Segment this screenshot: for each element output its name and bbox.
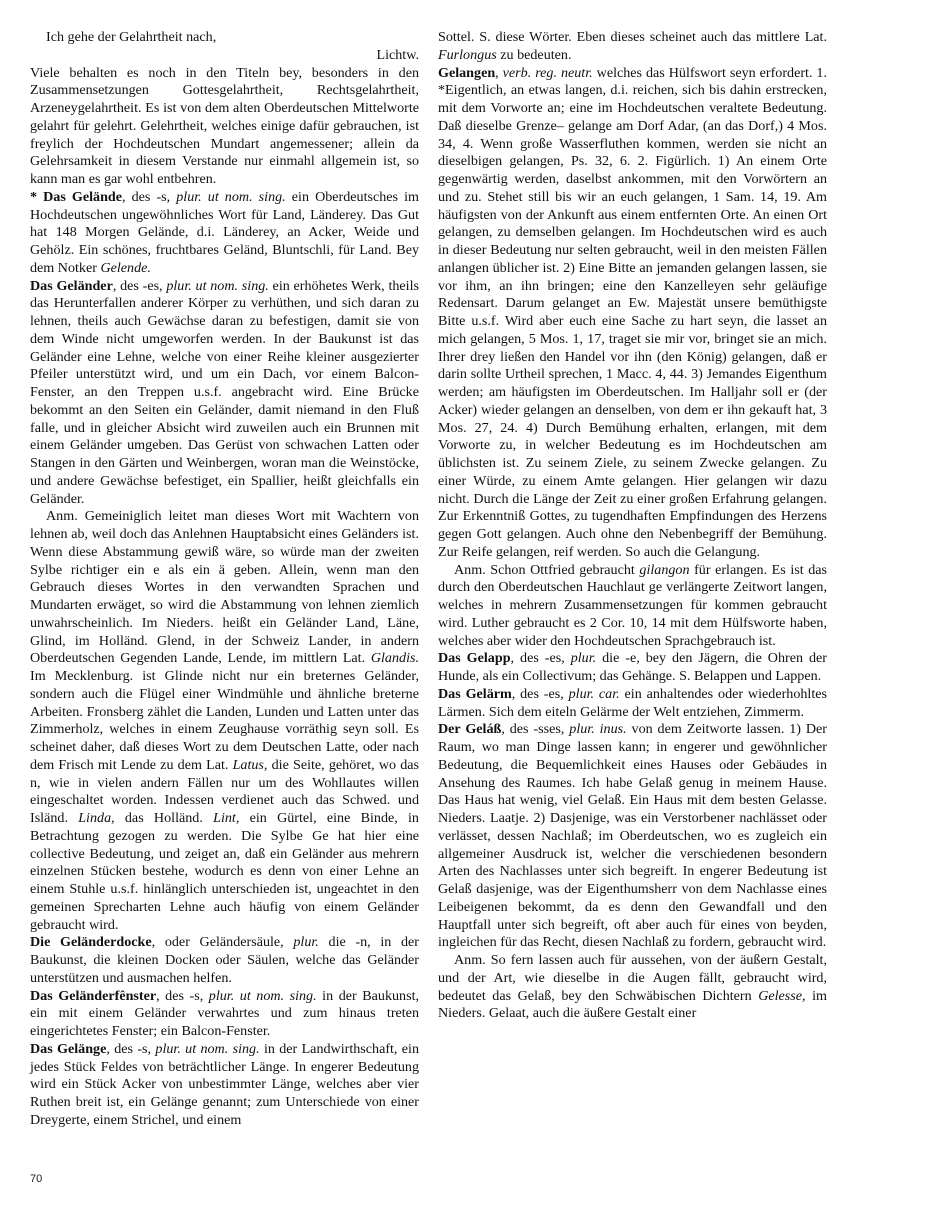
dictionary-entry: Das Geländer, des -es, plur. ut nom. sin…	[30, 278, 419, 509]
italic-term: Glandis.	[371, 650, 419, 666]
dictionary-entry: Die Geländerdocke, oder Geländersäule, p…	[30, 934, 419, 987]
dictionary-entry: Das Gelapp, des -es, plur. die -e, bey d…	[438, 650, 827, 686]
body-text: , des -sses,	[501, 721, 569, 737]
body-text: das Holländ.	[115, 810, 213, 826]
paragraph: Ich gehe der Gelahrtheit nach,	[30, 29, 419, 47]
paragraph: Anm. Gemeiniglich leitet man dieses Wort…	[30, 508, 419, 934]
italic-term: plur. car.	[569, 686, 620, 702]
italic-term: Gelende.	[100, 260, 150, 276]
body-text: Anm. Schon Ottfried gebraucht	[454, 562, 639, 578]
italic-term: verb. reg. neutr.	[503, 65, 593, 81]
headword: * Das Gelände	[30, 189, 122, 205]
headword: Gelangen	[438, 65, 495, 81]
left-column: Ich gehe der Gelahrtheit nach,Lichtw.Vie…	[30, 29, 419, 1130]
body-text: welches das Hülfswort seyn erfordert. 1.…	[438, 65, 827, 560]
headword: Das Geländerfênster	[30, 988, 156, 1004]
paragraph: Sottel. S. diese Wörter. Eben dieses sch…	[438, 29, 827, 65]
italic-term: Linda,	[78, 810, 114, 826]
page-number: 70	[30, 1173, 42, 1185]
body-text: Anm. Gemeiniglich leitet man dieses Wort…	[30, 508, 419, 666]
headword: Der Geláß	[438, 721, 501, 737]
italic-term: plur. inus.	[569, 721, 626, 737]
body-text: , des -s,	[122, 189, 176, 205]
body-text: ein Gürtel, eine Binde, in Betrachtung g…	[30, 810, 419, 933]
body-text: Lichtw.	[376, 47, 419, 63]
paragraph: Anm. Schon Ottfried gebraucht gilangon f…	[438, 562, 827, 651]
dictionary-entry: Das Gelärm, des -es, plur. car. ein anha…	[438, 686, 827, 722]
dictionary-entry: * Das Gelände, des -s, plur. ut nom. sin…	[30, 189, 419, 278]
body-text: zu bedeuten.	[497, 47, 572, 63]
dictionary-entry: Das Geländerfênster, des -s, plur. ut no…	[30, 988, 419, 1041]
italic-term: Furlongus	[438, 47, 497, 63]
body-text: , des -es,	[113, 278, 167, 294]
paragraph: Anm. So fern lassen auch für aussehen, v…	[438, 952, 827, 1023]
italic-term: plur. ut nom. sing.	[209, 988, 317, 1004]
headword: Das Gelärm	[438, 686, 512, 702]
headword: Das Geländer	[30, 278, 113, 294]
body-text: , oder Geländersäule,	[152, 934, 294, 950]
body-text: , des -es,	[512, 686, 569, 702]
italic-term: plur. ut nom. sing.	[166, 278, 268, 294]
paragraph: Viele behalten es noch in den Titeln bey…	[30, 65, 419, 189]
italic-term: Gelesse,	[758, 988, 805, 1004]
italic-term: gilangon	[639, 562, 689, 578]
dictionary-entry: Der Geláß, des -sses, plur. inus. von de…	[438, 721, 827, 952]
dictionary-entry: Das Gelänge, des -s, plur. ut nom. sing.…	[30, 1041, 419, 1130]
body-text: Viele behalten es noch in den Titeln bey…	[30, 65, 419, 188]
document-page: Ich gehe der Gelahrtheit nach,Lichtw.Vie…	[0, 0, 935, 1210]
right-column: Sottel. S. diese Wörter. Eben dieses sch…	[438, 29, 827, 1023]
body-text: von dem Zeitworte lassen. 1) Der Raum, w…	[438, 721, 827, 950]
body-text: , des -es,	[511, 650, 571, 666]
body-text: ,	[495, 65, 503, 81]
dictionary-entry: Gelangen, verb. reg. neutr. welches das …	[438, 65, 827, 562]
italic-term: Latus,	[233, 757, 268, 773]
body-text: , des -s,	[156, 988, 209, 1004]
paragraph: Lichtw.	[30, 47, 419, 65]
headword: Das Gelapp	[438, 650, 511, 666]
italic-term: plur.	[293, 934, 318, 950]
headword: Die Geländerdocke	[30, 934, 152, 950]
headword: Das Gelänge	[30, 1041, 106, 1057]
body-text: , des -s,	[106, 1041, 155, 1057]
italic-term: plur. ut nom. sing.	[176, 189, 285, 205]
italic-term: Lint,	[213, 810, 239, 826]
body-text: Ich gehe der Gelahrtheit nach,	[46, 29, 216, 45]
italic-term: plur. ut nom. sing.	[155, 1041, 259, 1057]
italic-term: plur.	[571, 650, 596, 666]
body-text: ein erhöhetes Werk, theils das Herunterf…	[30, 278, 419, 507]
body-text: Sottel. S. diese Wörter. Eben dieses sch…	[438, 29, 827, 45]
